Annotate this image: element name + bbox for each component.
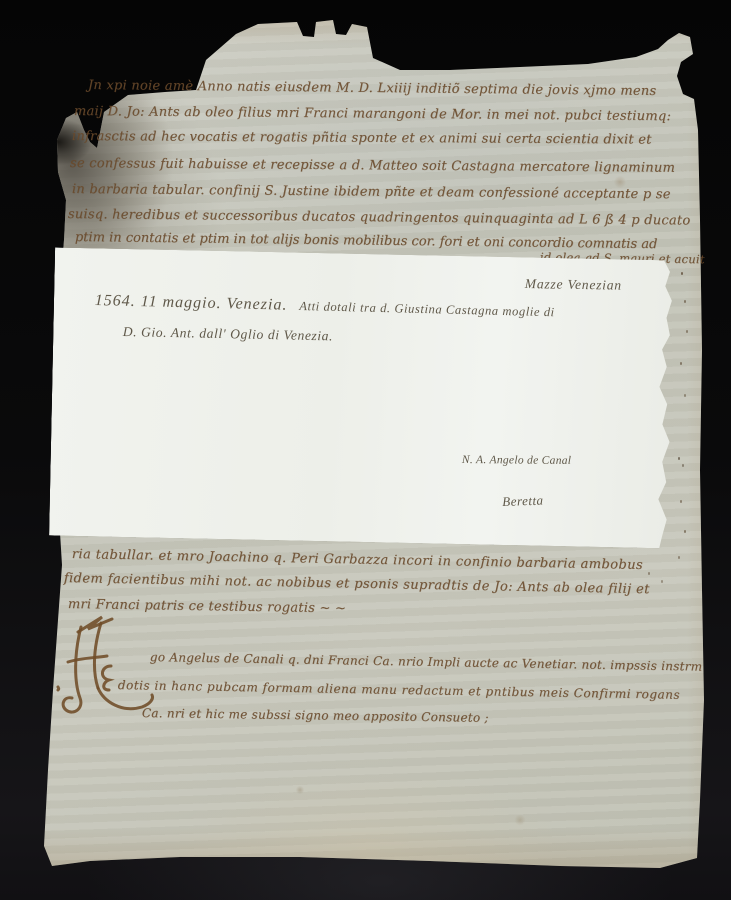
slip-notary-name: N. A. Angelo de Canal <box>462 454 571 467</box>
slip-corner-note: Mazze Venezian <box>525 276 622 294</box>
manuscript-photo: Jn xpi noie amè Anno natis eiusdem M. D.… <box>0 0 731 900</box>
slip-date: 1564. 11 maggio. Venezia. <box>95 292 288 314</box>
ink-specks <box>681 272 683 275</box>
slip-secondary-name: Beretta <box>502 493 544 510</box>
